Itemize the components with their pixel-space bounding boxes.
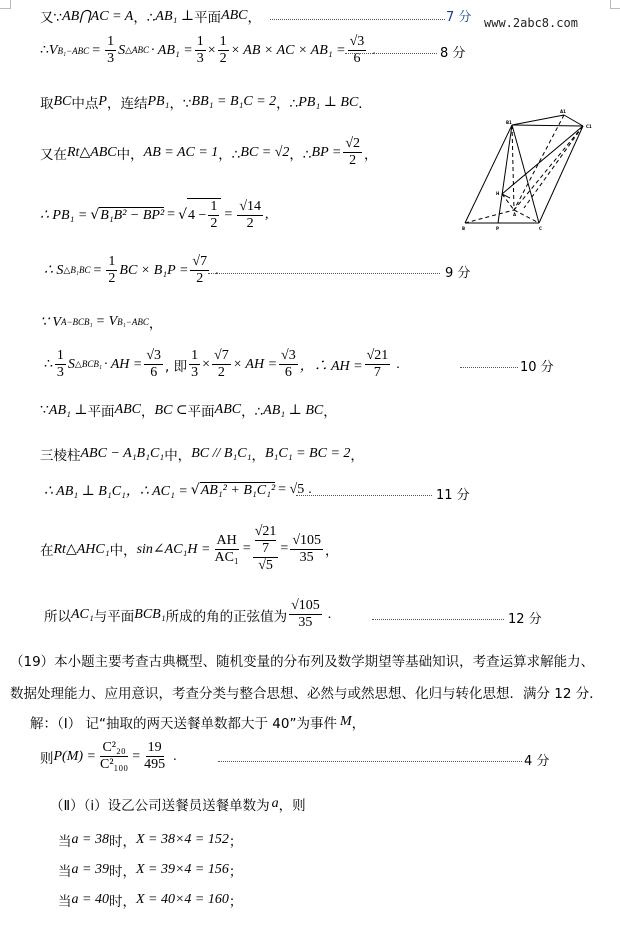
subscript: B₁−ABC — [117, 317, 149, 327]
svg-text:C1: C1 — [586, 124, 592, 129]
numerator: 1 — [208, 199, 219, 216]
text: 当 — [58, 890, 72, 910]
fraction: C²₂₀C²₁₀₀ — [98, 740, 130, 773]
leader-dots — [296, 495, 432, 496]
fraction: √36 — [279, 348, 298, 381]
denominator: 7 — [262, 541, 269, 557]
solution-line-1: 又∵ AB⋂AC = A ，∴ AB₁ ⊥ 平面 ABC ， — [40, 6, 261, 26]
math: ∵ V — [40, 314, 61, 331]
svg-text:B: B — [462, 226, 465, 231]
numerator: √21 — [365, 348, 391, 365]
denominator: 2 — [245, 216, 256, 232]
score-7: 7 分 — [446, 6, 471, 25]
solution-part-1-intro: 解：（Ⅰ） 记“抽取的两天送餐单数都大于 40”为事件 M ， — [30, 712, 365, 732]
text: ，连结 — [107, 92, 148, 112]
fraction: √22 — [343, 136, 362, 169]
text: . — [215, 263, 219, 279]
text: 又在 — [40, 143, 67, 163]
solution-line-7: ∵ VA−BCB₁ = VB₁−ABC ， — [40, 312, 162, 332]
leader-dots — [218, 761, 522, 762]
fraction: 13 — [55, 348, 66, 381]
text: ； — [229, 830, 243, 850]
text: , 即 — [165, 355, 187, 375]
text: 三棱柱 — [40, 444, 81, 464]
numerator: √21 — [255, 524, 277, 541]
fraction: 19495 — [142, 740, 167, 773]
denominator: 3 — [195, 51, 206, 67]
math: AB⋂AC = A — [62, 8, 133, 25]
solution-line-11: ∴ AB₁ ⊥ B₁C₁，∴ AC₁ = √AB₁² + B₁C₁² = √5 … — [44, 480, 312, 500]
math: ABC — [215, 402, 241, 418]
score-9: 9 分 — [445, 262, 470, 281]
leader-dots — [460, 367, 518, 368]
solution-line-9: ∵ AB₁ ⊥ 平面 ABC ， BC ⊂ 平面 ABC ，∴ AB₁ ⊥ BC… — [40, 400, 337, 420]
text: × — [202, 357, 210, 373]
text: ， — [149, 312, 163, 332]
math: BC ⊂ — [155, 402, 188, 419]
page-corner-mark — [0, 0, 11, 9]
text: 在 — [40, 539, 54, 559]
denominator: 2 — [208, 216, 219, 232]
numerator: AH — [215, 533, 239, 550]
math: AC₁ — [71, 607, 94, 623]
denominator: 35 — [296, 615, 314, 631]
text: ， — [325, 539, 339, 559]
math: BC × B₁P = — [119, 263, 188, 279]
math: BB₁ = B₁C = 2 — [192, 94, 277, 110]
radicand: B₁B² − BP² — [99, 207, 164, 224]
text: ，∴ — [276, 92, 298, 112]
text: 中点 — [71, 92, 98, 112]
text: 时， — [109, 860, 136, 880]
score-12: 12 分 — [508, 608, 542, 627]
math: X = 38×4 = 152 — [136, 832, 229, 848]
text: 平面 — [188, 400, 215, 420]
solution-line-6: ∴ S△B₁BC = 12 BC × B₁P = √72 . — [44, 254, 219, 287]
prism-figure: B1 A1 C1 H A B P C — [460, 108, 620, 238]
denominator: 2 — [194, 271, 205, 287]
math: PB₁ — [147, 94, 169, 110]
math: ABC — [221, 8, 247, 24]
text: 当 — [58, 860, 72, 880]
text: . — [372, 43, 376, 59]
denominator: 35 — [298, 550, 316, 566]
svg-text:B1: B1 — [506, 120, 512, 125]
numerator: √105 — [290, 533, 323, 550]
text: 中， — [164, 444, 191, 464]
numerator: 1 — [189, 348, 200, 365]
numerator: √105 — [289, 598, 322, 615]
numerator: 1 — [55, 348, 66, 365]
text: . — [396, 357, 400, 373]
text: = — [132, 749, 140, 765]
radicand: AB₁² + B₁C₁² — [200, 482, 275, 499]
math: AB₁ ⊥ — [155, 8, 194, 25]
text: 中， — [117, 143, 144, 163]
text: ，则 — [279, 794, 306, 814]
math: × AB × AC × AB₁ = — [231, 43, 346, 59]
fraction: 12 — [106, 254, 117, 287]
leader-dots — [208, 273, 440, 274]
math: BC — [54, 94, 72, 110]
numerator: √7 — [212, 348, 231, 365]
math: ∴ AB₁ ⊥ B₁C₁，∴ AC₁ = — [44, 480, 188, 500]
math: Rt△ABC — [67, 144, 117, 161]
text: ，∴ — [289, 143, 311, 163]
case-row: 当 a = 40 时， X = 40×4 = 160 ； — [58, 890, 242, 910]
complex-fraction: √21 7 √5 — [253, 524, 279, 574]
math: a = 39 — [72, 862, 109, 878]
text: 取 — [40, 92, 54, 112]
subscript: △B₁BC — [63, 265, 90, 276]
section-19-intro-1: （19）本小题主要考查古典概型、随机变量的分布列及数学期望等基础知识，考查运算求… — [10, 650, 594, 670]
fraction: √36 — [144, 348, 163, 381]
subscript: △ABC — [125, 45, 149, 56]
text: 时， — [109, 830, 136, 850]
text: （Ⅱ）（ⅰ）设乙公司送餐员送餐单数为 — [50, 794, 270, 814]
math: ∴ PB₁ = — [40, 207, 87, 224]
text: 时， — [109, 890, 136, 910]
fraction: √10535 — [290, 533, 323, 566]
score-10: 10 分 — [520, 356, 554, 375]
text: 所成的角的正弦值为 — [166, 605, 288, 625]
fraction: 13 — [195, 34, 206, 67]
text: = — [224, 207, 232, 223]
text: ∴ — [40, 42, 49, 59]
denominator: 495 — [142, 757, 167, 773]
denominator: 2 — [106, 271, 117, 287]
svg-text:A1: A1 — [560, 109, 566, 114]
fraction: √72 — [190, 254, 209, 287]
fraction: √217 — [365, 348, 391, 381]
text: ． — [358, 92, 372, 112]
math: AB₁ ⊥ — [49, 402, 88, 419]
text: 又∵ — [40, 6, 62, 26]
score-11: 11 分 — [436, 484, 470, 503]
text: . — [328, 607, 332, 623]
text: 则 — [40, 747, 54, 767]
text: ， — [323, 400, 337, 420]
solution-part-1-result: 则 P(M) = C²₂₀C²₁₀₀ = 19495 . — [40, 740, 177, 773]
score-4: 4 分 — [524, 750, 549, 769]
math: a = 38 — [72, 832, 109, 848]
text: ； — [229, 860, 243, 880]
denominator: 3 — [105, 51, 116, 67]
solution-line-10: 三棱柱 ABC − A₁B₁C₁ 中， BC // B₁C₁ ， B₁C₁ = … — [40, 444, 364, 464]
math: BC // B₁C₁ — [191, 446, 251, 462]
subscript: △BCB₁ — [75, 359, 102, 370]
fraction: √10535 — [289, 598, 322, 631]
math: BP = — [312, 145, 342, 161]
fraction: 13 — [105, 34, 116, 67]
math: a = 40 — [72, 892, 109, 908]
numerator: 1 — [195, 34, 206, 51]
text: = — [92, 43, 100, 59]
math: AB₁ ⊥ BC — [263, 402, 323, 419]
solution-line-4: 又在 Rt△ABC 中， AB = AC = 1 ，∴ BC = √2 ，∴ B… — [40, 136, 378, 169]
text: ，∵ — [169, 92, 191, 112]
math: ABC — [115, 402, 141, 418]
math: · AB₁ = — [151, 43, 193, 59]
text: 当 — [58, 830, 72, 850]
text: 解：（Ⅰ） 记“抽取的两天送餐单数都大于 40”为事件 — [30, 712, 337, 732]
case-row: 当 a = 38 时， X = 38×4 = 152 ； — [58, 830, 242, 850]
case-row: 当 a = 39 时， X = 39×4 = 156 ； — [58, 860, 242, 880]
math: B₁C₁ = BC = 2 — [265, 446, 350, 462]
numerator: 1 — [218, 34, 229, 51]
text: = — [93, 263, 101, 279]
text: ， — [248, 6, 262, 26]
fraction: 12 — [208, 199, 219, 232]
solution-line-12: 在 Rt△AHC₁ 中， sin∠AC₁H = AHAC₁ = √21 7 √5… — [40, 524, 339, 574]
numerator: 19 — [146, 740, 164, 757]
text: ， — [350, 444, 364, 464]
denominator: 7 — [372, 365, 383, 381]
fraction: √36 — [348, 34, 367, 67]
text: × — [208, 43, 216, 59]
text: ，∴ — [133, 6, 155, 26]
math: S — [68, 357, 75, 373]
numerator: 1 — [105, 34, 116, 51]
solution-line-5: ∴ PB₁ = √B₁B² − BP² = √4 −12 = √142 , — [40, 198, 269, 232]
radicand: 4 − — [188, 208, 206, 224]
math: = V — [96, 314, 118, 330]
math: × AH = — [233, 357, 277, 373]
leader-dots — [270, 19, 445, 20]
text: 平面 — [88, 400, 115, 420]
text: 平面 — [194, 6, 221, 26]
math: M — [340, 714, 352, 730]
svg-text:P: P — [496, 226, 499, 231]
numerator: C²₂₀ — [100, 740, 127, 757]
denominator: 3 — [55, 365, 66, 381]
leader-dots — [345, 53, 437, 54]
math: AB = AC = 1 — [144, 145, 219, 161]
watermark: www.2abc8.com — [484, 16, 578, 30]
svg-text:C: C — [539, 226, 542, 231]
text: ，∴ — [241, 400, 263, 420]
subscript: A−BCB₁ — [61, 317, 93, 327]
text: = — [280, 541, 288, 557]
denominator: C²₁₀₀ — [98, 757, 130, 773]
math: ABC − A₁B₁C₁ — [81, 446, 165, 462]
math: BC = √2 — [240, 145, 289, 161]
solution-line-13: 所以 AC₁ 与平面 BCB₁ 所成的角的正弦值为 √10535 . — [44, 598, 331, 631]
text: ∴ — [44, 356, 53, 373]
math: BCB₁ — [134, 607, 165, 623]
solution-line-2: ∴ VB₁−ABC = 13 S△ABC · AB₁ = 13 × 12 × A… — [40, 34, 376, 67]
numerator: 1 — [106, 254, 117, 271]
text: , — [265, 207, 269, 223]
numerator: √7 — [190, 254, 209, 271]
math: X = 39×4 = 156 — [136, 862, 229, 878]
denominator: AC₁ — [212, 550, 240, 566]
text: ， — [352, 712, 366, 732]
text: ， — [364, 143, 378, 163]
svg-text:H: H — [496, 191, 499, 196]
math: ∴ S — [44, 262, 63, 279]
score-8: 8 分 — [440, 42, 465, 61]
section-19-intro-2: 数据处理能力、应用意识，考查分类与整合思想、必然与或然思想、化归与转化思想．满分… — [10, 682, 603, 702]
numerator: √2 — [343, 136, 362, 153]
text: ； — [229, 890, 243, 910]
subscript: B₁−ABC — [57, 46, 89, 56]
text: 所以 — [44, 605, 71, 625]
text: . — [173, 749, 177, 765]
denominator: 2 — [218, 51, 229, 67]
text: ， — [251, 444, 265, 464]
solution-line-3: 取 BC 中点 P ，连结 PB₁ ，∵ BB₁ = B₁C = 2 ，∴ PB… — [40, 92, 372, 112]
math: S — [118, 43, 125, 59]
text: = — [167, 207, 175, 223]
numerator: √14 — [237, 199, 263, 216]
denominator: 6 — [283, 365, 294, 381]
text: = — [243, 541, 251, 557]
text: ， — [141, 400, 155, 420]
numerator: √3 — [348, 34, 367, 51]
math: V — [49, 43, 58, 59]
denominator: √5 — [256, 558, 275, 574]
fraction: √72 — [212, 348, 231, 381]
math: P(M) = — [54, 749, 97, 765]
text: 中， — [110, 539, 137, 559]
solution-line-8: ∴ 13 S△BCB₁ · AH = √36 , 即 13 × √72 × AH… — [44, 348, 400, 381]
math: Rt△AHC₁ — [54, 541, 110, 558]
fraction: 13 — [189, 348, 200, 381]
math: ，∴ AH = — [300, 355, 363, 375]
math: P — [98, 94, 107, 110]
math: · AH = — [104, 357, 142, 373]
svg-text:A: A — [513, 212, 517, 217]
page-corner-mark — [610, 0, 620, 9]
text: 与平面 — [94, 605, 135, 625]
fraction: √142 — [237, 199, 263, 232]
text: ∵ — [40, 402, 49, 419]
solution-part-2-intro: （Ⅱ）（ⅰ）设乙公司送餐员送餐单数为 a ，则 — [50, 794, 306, 814]
prism-diagram-icon: B1 A1 C1 H A B P C — [460, 108, 620, 238]
math: a — [272, 796, 279, 812]
denominator: 2 — [347, 153, 358, 169]
numerator: √3 — [279, 348, 298, 365]
text: ，∴ — [218, 143, 240, 163]
denominator: 2 — [216, 365, 227, 381]
fraction: AHAC₁ — [212, 533, 240, 566]
fraction: 12 — [218, 34, 229, 67]
math: X = 40×4 = 160 — [136, 892, 229, 908]
math: sin∠AC₁H = — [137, 541, 211, 558]
numerator: √3 — [144, 348, 163, 365]
denominator: 3 — [189, 365, 200, 381]
denominator: 6 — [148, 365, 159, 381]
leader-dots — [372, 619, 504, 620]
math: PB₁ ⊥ BC — [298, 94, 358, 111]
